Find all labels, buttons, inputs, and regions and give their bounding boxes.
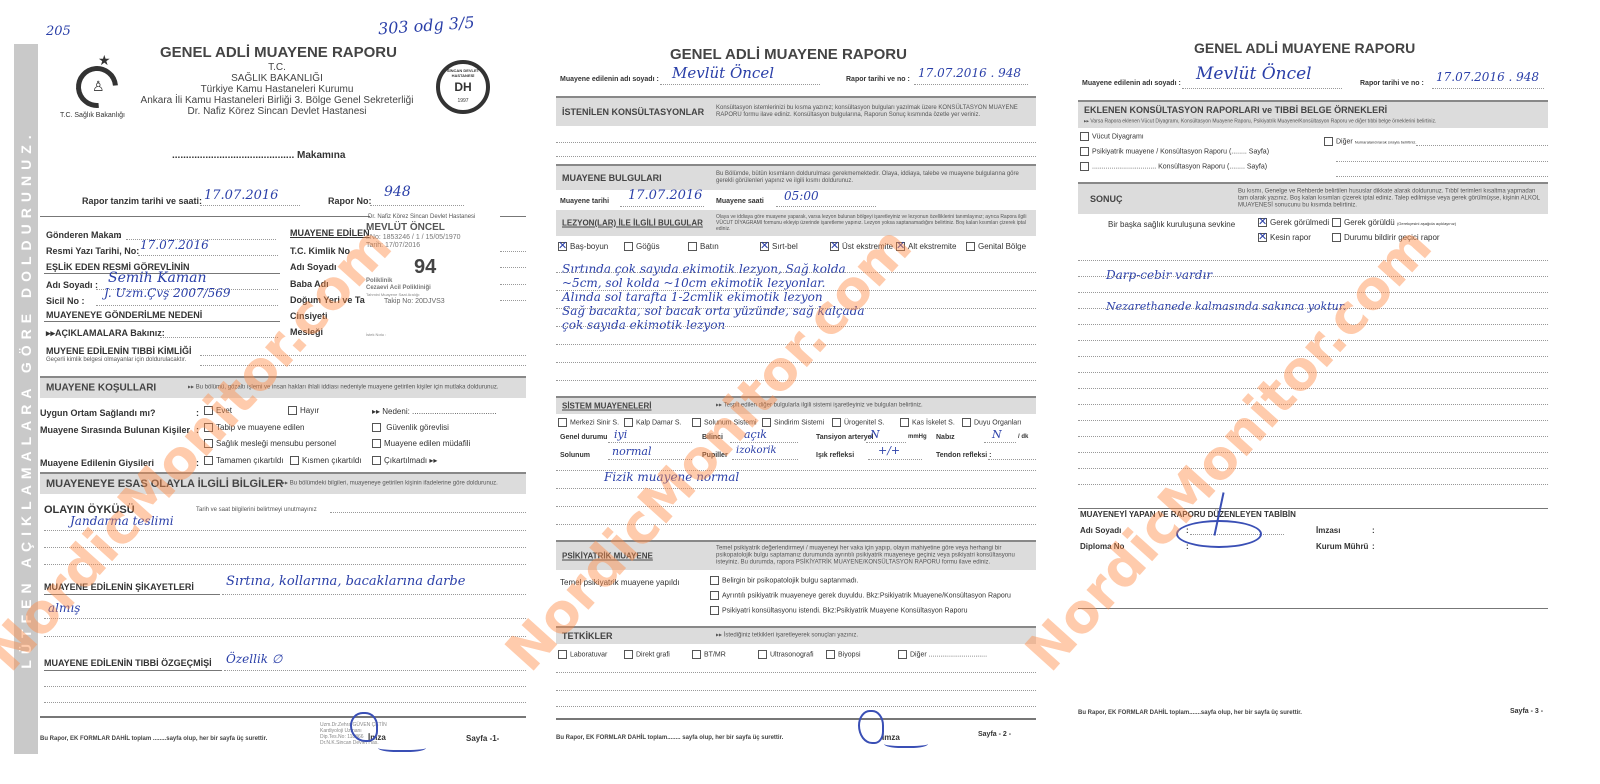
section-title: MUAYENEYE ESAS OLAYLA İLGİLİ BİLGİLER [46, 478, 283, 490]
sticker-queue-number: 94 [414, 256, 436, 279]
section-note: Konsültasyon istemlerinizi bu kısma yazı… [716, 105, 1032, 119]
hayir-checkbox[interactable]: Hayır [288, 406, 319, 415]
tabip-adi-label: Adı Soyadı [1080, 526, 1121, 535]
signature-mark [858, 710, 884, 744]
giysiler-label: Muayene Edilenin Giysileri [40, 458, 154, 468]
sicil-no-label: Sicil No : [46, 296, 85, 306]
option-note: Numaralandırarak sırayla belirtiniz. [1355, 139, 1417, 144]
kalp-damar-checkbox[interactable]: Kalp Damar S. [624, 418, 682, 427]
page-number: Sayfa - 2 - [978, 731, 1011, 738]
tansiyon-label: Tansiyon arteryel [816, 434, 873, 441]
option-label: Çıkartılmadı ▸▸ [384, 456, 437, 465]
sonuc-section: SONUÇ Bu kısmı, Genelge ve Rehberde beli… [1078, 182, 1548, 214]
option-label: Solunum Sistemi [704, 419, 757, 426]
section-title: MUAYENE BULGULARI [562, 173, 662, 183]
sticker-patient-name: MEVLÜT ÖNCEL [366, 222, 445, 233]
option-label: BT/MR [704, 651, 726, 658]
makam-line: ........................................… [172, 150, 345, 161]
tabip-checkbox[interactable]: Tabip ve muayene edilen [204, 423, 305, 432]
rapor-tanzim-label: Rapor tanzim tarihi ve saati: [82, 196, 202, 206]
baba-adi-label: Baba Adı [290, 279, 329, 289]
muayene-bulgulari-section: MUAYENE BULGULARI Bu Bölümde, bütün kısı… [556, 164, 1036, 190]
sonuc-text-line-1: Darp-cebir vardır [1106, 268, 1212, 282]
section-title: PSİKİYATRİK MUAYENE [562, 552, 653, 561]
muayene-tarihi-value: 17.07.2016 [628, 188, 702, 203]
tc-kimlik-label: T.C. Kimlik No [290, 246, 350, 256]
diploma-no-label: Diploma No [1080, 542, 1124, 551]
lezyon-section: LEZYON(LAR) İLE İLGİLİ BULGULAR Olaya ve… [556, 210, 1036, 236]
section-title: EKLENEN KONSÜLTASYON RAPORLARI ve TIBBİ … [1084, 105, 1387, 115]
seal-text: SİNCAN DEVLET HASTANESİ [440, 68, 486, 78]
option-label: Göğüs [636, 242, 660, 251]
muayene-kosullari-section: MUAYENE KOŞULLARI ▸▸ Bu bölümü, gözaltı … [40, 376, 526, 398]
option-label: Durumu bildirir geçici rapor [1344, 233, 1440, 242]
aciklamalar-link: ▸▸AÇIKLAMALARA Bakınız: [46, 328, 165, 339]
urogenital-checkbox[interactable]: Ürogenitel S. [832, 418, 884, 427]
section-note: ▸▸ Bu bölümdeki bilgileri, muayeneye get… [282, 481, 498, 488]
kurum-muhru-label: Kurum Mührü [1316, 542, 1368, 551]
option-label: Güvenlik görevlisi [386, 423, 449, 432]
option-label: Merkezi Sinir S. [570, 419, 619, 426]
checkbox-box [760, 242, 769, 251]
saglik-personel-checkbox[interactable]: Sağlık mesleği mensubu personel [204, 439, 336, 448]
psikiyatrik-rapor-checkbox[interactable]: Psikiyatrik muayene / Konsültasyon Rapor… [1080, 147, 1269, 156]
option-label: Biyopsi [838, 651, 861, 658]
handwritten-number-left: 205 [46, 24, 71, 39]
sistem-notes-text: Fizik muayene normal [604, 470, 739, 484]
psikiyatri-konsultasyon-checkbox[interactable]: Psikiyatri konsültasyonu istendi. Bkz:Ps… [710, 606, 968, 615]
option-label: Batın [700, 242, 719, 251]
konsultasyon-rapor-checkbox[interactable]: ................................. Konsül… [1080, 162, 1267, 171]
signature-mark [884, 738, 928, 748]
option-label: Gerek görüldü [1344, 218, 1395, 227]
gonderilme-nedeni-header: MUAYENEYE GÖNDERİLME NEDENİ [46, 310, 202, 320]
diger-checkbox[interactable]: Diğer .............................. [898, 650, 987, 659]
genital-checkbox[interactable]: Genital Bölge [966, 242, 1026, 251]
footer-note: Bu Rapor, EK FORMLAR DAHİL toplam.......… [1078, 710, 1302, 716]
checkbox-box [1324, 137, 1333, 146]
uygun-ortam-label: Uygun Ortam Sağlandı mı? [40, 408, 156, 418]
nedeni-field: ▸▸ Nedeni: .............................… [372, 407, 497, 416]
signature-mark [1176, 520, 1262, 548]
tamamen-checkbox[interactable]: Tamamen çıkartıldı [204, 456, 284, 465]
ayrintili-muayene-checkbox[interactable]: Ayrıntılı psikiyatrik muayeneye gerek du… [710, 591, 1011, 600]
option-label: Kesin rapor [1270, 233, 1311, 242]
bas-boyun-checkbox[interactable]: Baş-boyun [558, 242, 608, 251]
checkbox-box [1332, 218, 1341, 227]
separator: : [196, 425, 199, 435]
option-label: Psikiyatrik muayene / Konsültasyon Rapor… [1092, 148, 1269, 155]
instruction-side-strip: LÜTFEN AÇIKLAMALARA GÖRE DOLDURUNUZ. [14, 44, 38, 754]
section-title: TETKİKLER [562, 631, 613, 641]
option-label: Ultrasonografi [770, 651, 814, 658]
sikayetler-text-1: Sırtına, kollarına, bacaklarına darbe [226, 574, 465, 589]
cinsiyet-label: Cinsiyeti [290, 311, 328, 321]
report-title: GENEL ADLİ MUAYENE RAPORU [670, 46, 907, 63]
checkbox-box [1258, 233, 1267, 242]
checkbox-box [758, 650, 767, 659]
cikartilmadi-checkbox[interactable]: Çıkartılmadı ▸▸ [372, 456, 437, 465]
bilinci-value: açık [744, 428, 767, 441]
alt-ekstremite-checkbox[interactable]: Alt ekstremite [896, 242, 956, 251]
section-title: SONUÇ [1090, 194, 1123, 204]
mudafi-checkbox[interactable]: Muayene edilen müdafili [372, 439, 470, 448]
biyopsi-checkbox[interactable]: Biyopsi [826, 650, 861, 659]
checkbox-box [966, 242, 975, 251]
checkbox-box [896, 242, 905, 251]
checkbox-box [204, 423, 213, 432]
eslik-adi-value: Semih Kaman [108, 270, 207, 286]
option-label: Diğer [1336, 138, 1353, 145]
duyu-organlari-checkbox[interactable]: Duyu Organları [962, 418, 1021, 427]
header-line: T.C. [132, 62, 422, 73]
sticker-date-line: Tarih: 17/07/2016 [366, 242, 420, 249]
tansiyon-unit: mmHg [908, 434, 927, 440]
tibbi-kimlik-label: MUYENE EDİLENİN TIBBİ KİMLİĞİ [46, 346, 192, 356]
section-note: ▸▸ İstediğiniz tetkikleri işaretleyerek … [716, 633, 858, 640]
ozgecmis-text: Özellik ∅ [226, 652, 282, 666]
tansiyon-value: N [870, 428, 880, 441]
nabiz-label: Nabız [936, 434, 955, 441]
section-note: Bu Bölümde, bütün kısımların doldurulmas… [716, 171, 1032, 185]
checkbox-box [710, 591, 719, 600]
sonuc-text-line-2: Nezarethanede kalmasında sakınca yoktur. [1106, 300, 1346, 313]
separator: : [196, 408, 199, 418]
section-note: ▸▸ Bu bölümü, gözaltı işlemi ve insan ha… [188, 385, 499, 392]
patient-name-label: Muayene edilenin adı soyadı : [560, 76, 659, 83]
finding-line: çok sayıda ekimotik lezyon [562, 318, 865, 332]
option-label: Hayır [300, 406, 319, 415]
laboratuvar-checkbox[interactable]: Laboratuvar [558, 650, 607, 659]
report-page-3: GENEL ADLİ MUAYENE RAPORU Muayene edilen… [1070, 0, 1600, 784]
gecici-rapor-checkbox[interactable]: Durumu bildirir geçici rapor [1332, 233, 1440, 242]
isik-refleksi-label: Işık refleksi [816, 452, 854, 459]
muayene-tarihi-label: Muayene tarihi [560, 198, 609, 205]
rapor-tarih-no-label: Rapor tarihi ve no : [846, 76, 910, 83]
solunum-label: Solunum [560, 452, 590, 459]
rapor-tanzim-value: 17.07.2016 [204, 188, 278, 203]
sikayetler-label: MUAYENE EDİLENİN ŞİKAYETLERİ [44, 582, 194, 592]
meslek-label: Mesleği [290, 327, 323, 337]
evet-checkbox[interactable]: Evet [204, 406, 232, 415]
checkbox-box [1080, 147, 1089, 156]
checkbox-box [710, 576, 719, 585]
ministry-logo: ★ ♙ [70, 52, 126, 112]
olay-bilgileri-section: MUAYENEYE ESAS OLAYLA İLGİLİ BİLGİLER ▸▸… [40, 472, 526, 494]
rapor-tarih-no-label: Rapor tarihi ve no : [1360, 80, 1424, 87]
option-label: Kas İskelet S. [912, 419, 955, 426]
rapor-no-value: 948 [384, 184, 411, 200]
option-label: ................................. Konsül… [1092, 163, 1267, 170]
report-title: GENEL ADLİ MUAYENE RAPORU [1194, 40, 1415, 56]
checkbox-box [1080, 132, 1089, 141]
gonderen-makam-label: Gönderen Makam [46, 230, 122, 240]
nabiz-unit: / dk [1018, 434, 1028, 440]
ministry-logo-caption: T.C. Sağlık Bakanlığı [60, 112, 125, 119]
option-label: Direkt grafi [636, 651, 670, 658]
report-page-1: LÜTFEN AÇIKLAMALARA GÖRE DOLDURUNUZ. 205… [0, 0, 540, 784]
option-label: Kısmen çıkartıldı [302, 456, 362, 465]
guvenlik-checkbox[interactable]: Güvenlik görevlisi [372, 423, 449, 432]
option-label: Tabip ve muayene edilen [216, 423, 305, 432]
option-label: Belirgin bir psikopatolojik bulgu saptan… [722, 577, 859, 584]
option-note: (Gerekçesini aşağıda açıklayınız) [1397, 221, 1456, 226]
section-note: Olaya ve iddiaya göre muayene yaparak, v… [716, 214, 1032, 232]
adi-soyadi-label: Adı Soyadı [290, 262, 337, 272]
merkezi-sinir-checkbox[interactable]: Merkezi Sinir S. [558, 418, 619, 427]
section-title: LEZYON(LAR) İLE İLGİLİ BULGULAR [562, 219, 703, 228]
isik-refleksi-value: +/+ [878, 444, 900, 457]
checkbox-box [762, 418, 771, 427]
separator: : [1372, 526, 1375, 535]
checkbox-box [624, 650, 633, 659]
gogus-checkbox[interactable]: Göğüs [624, 242, 660, 251]
checkbox-box [692, 650, 701, 659]
institution-header: T.C. SAĞLIK BAKANLIĞI Türkiye Kamu Hasta… [132, 62, 422, 117]
sticker-poliklinik: Cezaevi Acil Polikliniği [366, 285, 431, 291]
option-label: Ayrıntılı psikiyatrik muayeneye gerek du… [722, 592, 1011, 599]
gerek-gorulmedi-checkbox[interactable]: Gerek görülmedi [1258, 218, 1329, 227]
option-label: Ürogenitel S. [844, 419, 884, 426]
checkbox-box [372, 423, 381, 432]
sindirim-checkbox[interactable]: Sindirim Sistemi [762, 418, 824, 427]
sikayetler-text-2: almış [48, 601, 80, 615]
footer-note: Bu Rapor, EK FORMLAR DAHİL toplam ......… [40, 736, 267, 742]
report-page-2: GENEL ADLİ MUAYENE RAPORU Muayene edilen… [548, 0, 1058, 784]
checkbox-box [624, 418, 633, 427]
tibbi-kimlik-note: Geçerli kimlik belgesi olmayanlar için d… [46, 357, 186, 363]
eslik-adi-label: Adı Soyadı : [46, 280, 98, 290]
finding-line: Alında sol tarafta 1-2cmlik ekimotik lez… [562, 290, 865, 304]
header-line: Dr. Nafiz Körez Sincan Devlet Hastanesi [132, 106, 422, 117]
finding-line: Sırtında çok sayıda ekimotik lezyon, Sağ… [562, 262, 865, 276]
psikopatoloji-yok-checkbox[interactable]: Belirgin bir psikopatolojik bulgu saptan… [710, 576, 859, 585]
pupiller-label: Pupiller [702, 452, 728, 459]
solunum-checkbox[interactable]: Solunum Sistemi [692, 418, 757, 427]
checkbox-box [692, 418, 701, 427]
olayin-oykusu-note: Tarih ve saat bilgilerini belirtmeyi unu… [196, 507, 317, 513]
handwritten-number-right: 303 odg 3/5 [377, 13, 475, 39]
ozgecmis-label: MUAYENE EDİLENİN TIBBİ ÖZGEÇMİŞİ [44, 658, 212, 668]
section-title: SİSTEM MUAYENELERİ [562, 402, 652, 411]
header-line: Ankara İli Kamu Hastaneleri Birliği 3. B… [132, 95, 422, 106]
rapor-no-label: Rapor No: [328, 196, 372, 206]
section-note: ▸▸ Varsa Rapora eklenen Vücut Diyagramı,… [1084, 119, 1436, 126]
checkbox-box [204, 456, 213, 465]
patient-label-sticker: Dr. Nafiz Körez Sincan Devlet Hastanesi … [366, 212, 498, 342]
muayene-saati-value: 05:00 [784, 189, 819, 203]
checkbox-box [832, 418, 841, 427]
option-label: Evet [216, 406, 232, 415]
separator: : [196, 458, 199, 468]
option-label: Muayene edilen müdafili [384, 439, 470, 448]
checkbox-box [1258, 218, 1267, 227]
section-note: ▸▸ Tespit edilen diğer bulgularla ilgili… [716, 403, 923, 410]
sticker-istek-notu: İstek Notu : [366, 332, 386, 337]
ust-ekstremite-checkbox[interactable]: Üst ekstremite [830, 242, 893, 251]
psikiyatrik-label: Temel psikiyatrik muayene yapıldı [560, 578, 680, 587]
separator: : [1372, 542, 1375, 551]
checkbox-box [826, 650, 835, 659]
section-note: Bu kısmı, Genelge ve Rehberde belirtilen… [1238, 189, 1544, 210]
option-label: Genital Bölge [978, 242, 1026, 251]
checkbox-box [830, 242, 839, 251]
tetkikler-section: TETKİKLER ▸▸ İstediğiniz tetkikleri işar… [556, 626, 1036, 644]
page-number: Sayfa - 3 - [1510, 708, 1543, 715]
option-label: Duyu Organları [974, 419, 1021, 426]
seal-initials: DH [440, 80, 486, 94]
genel-durumu-value: iyi [614, 428, 627, 441]
direkt-grafi-checkbox[interactable]: Direkt grafi [624, 650, 670, 659]
checkbox-box [710, 606, 719, 615]
signature-mark [378, 742, 426, 752]
signature-mark [350, 712, 378, 742]
sistem-muayeneleri-section: SİSTEM MUAYENELERİ ▸▸ Tespit edilen diğe… [556, 396, 1036, 414]
option-label: Diğer .............................. [910, 651, 987, 658]
sevk-label: Bir başka sağlık kuruluşuna sevkine [1108, 220, 1235, 229]
sticker-hospital: Dr. Nafiz Körez Sincan Devlet Hastanesi [368, 214, 475, 220]
option-label: Baş-boyun [570, 242, 608, 251]
checkbox-box [372, 439, 381, 448]
patient-name-label: Muayene edilenin adı soyadı : [1082, 80, 1181, 87]
rapor-tarih-no-value: 17.07.2016 . 948 [1436, 70, 1539, 84]
option-label: Vücut Diyagramı [1092, 133, 1144, 140]
checkbox-box [900, 418, 909, 427]
sicil-no-value: J. Uzm.Çvş 2007/569 [104, 286, 231, 300]
seal-year: 1997 [440, 98, 486, 104]
konsultasyon-section: İSTENİLEN KONSÜLTASYONLAR Konsültasyon i… [556, 96, 1036, 126]
section-note: Temel psikiyatrik değerlendirmeyi / muay… [716, 546, 1032, 567]
header-line: Türkiye Kamu Hastaneleri Kurumu [132, 84, 422, 95]
header-line: SAĞLIK BAKANLIĞI [132, 73, 422, 84]
checkbox-box [558, 650, 567, 659]
checkbox-box [558, 242, 567, 251]
hospital-seal-logo: SİNCAN DEVLET HASTANESİ DH 1997 [436, 60, 490, 114]
checkbox-box [290, 456, 299, 465]
kas-iskelet-checkbox[interactable]: Kas İskelet S. [900, 418, 955, 427]
kismen-checkbox[interactable]: Kısmen çıkartıldı [290, 456, 362, 465]
gerek-goruldu-checkbox[interactable]: Gerek görüldü (Gerekçesini aşağıda açıkl… [1332, 218, 1456, 227]
patient-name-value: Mevlüt Öncel [1196, 64, 1312, 84]
checkbox-box [204, 439, 213, 448]
checkbox-box [688, 242, 697, 251]
sticker-id-line: I.No: 1853246 / 1 / 15/05/1970 [366, 234, 461, 241]
muayene-saati-label: Muayene saati [716, 198, 764, 205]
report-title: GENEL ADLİ MUAYENE RAPORU [160, 44, 397, 61]
sticker-takip-no: Takip No: 20DJVS3 [384, 298, 445, 305]
separator: : [118, 230, 121, 240]
section-title: İSTENİLEN KONSÜLTASYONLAR [562, 107, 704, 117]
nabiz-value: N [992, 428, 1002, 441]
checkbox-box [898, 650, 907, 659]
checkbox-box [288, 406, 297, 415]
bt-mr-checkbox[interactable]: BT/MR [692, 650, 726, 659]
eklenen-raporlar-section: EKLENEN KONSÜLTASYON RAPORLARI ve TIBBİ … [1078, 100, 1548, 128]
option-label: Tamamen çıkartıldı [216, 456, 284, 465]
finding-line: ~5cm, sol kolda ~10cm ekimotik lezyonlar… [562, 276, 865, 290]
olayin-oykusu-text: Jandarma teslimi [70, 514, 174, 528]
bulunan-kisiler-label: Muayene Sırasında Bulunan Kişiler [40, 425, 190, 435]
checkbox-box [1332, 233, 1341, 242]
vucut-diyagrami-checkbox[interactable]: Vücut Diyagramı [1080, 132, 1144, 141]
person-icon: ♙ [92, 78, 105, 95]
ultrasonografi-checkbox[interactable]: Ultrasonografi [758, 650, 814, 659]
tendon-refleksi-label: Tendon refleksi : [936, 452, 992, 459]
option-label: Gerek görülmedi [1270, 218, 1329, 227]
kesin-rapor-checkbox[interactable]: Kesin rapor [1258, 233, 1311, 242]
option-label: Alt ekstremite [908, 242, 956, 251]
checkbox-box [962, 418, 971, 427]
muayene-edilen-header: MUAYENE EDİLEN [290, 228, 370, 238]
option-label: Laboratuvar [570, 651, 607, 658]
tabip-header: MUAYENEYİ YAPAN VE RAPORU DÜZENLEYEN TAB… [1080, 510, 1296, 519]
page-number: Sayfa -1- [466, 734, 499, 743]
pupiller-value: izokorik [736, 445, 777, 456]
option-label: Kalp Damar S. [636, 419, 682, 426]
option-label: Üst ekstremite [842, 242, 893, 251]
checkbox-box [558, 418, 567, 427]
batin-checkbox[interactable]: Batın [688, 242, 719, 251]
finding-line: Sağ bacakta, sol bacak orta yüzünde, sağ… [562, 304, 865, 318]
resmi-yazi-label: Resmi Yazı Tarihi, No: [46, 246, 139, 256]
footer-note: Bu Rapor, EK FORMLAR DAHİL toplam.......… [556, 735, 783, 741]
psikiyatrik-section: PSİKİYATRİK MUAYENE Temel psikiyatrik de… [556, 540, 1036, 570]
bilinci-label: Bilinci [702, 434, 723, 441]
sticker-poliklinik-label: Poliklinik [366, 278, 392, 284]
checkbox-box [204, 406, 213, 415]
eklenen-diger-checkbox[interactable]: Diğer Numaralandırarak sırayla belirtini… [1324, 137, 1417, 146]
genel-durumu-label: Genel durumu [560, 434, 607, 441]
sticker-saat-araligi: Tahmini Muayene Saat Aralığı: [366, 292, 420, 297]
option-label: Sindirim Sistemi [774, 419, 824, 426]
checkbox-box [372, 456, 381, 465]
option-label: Psikiyatri konsültasyonu istendi. Bkz:Ps… [722, 607, 968, 614]
resmi-yazi-value: 17.07.2016 [140, 238, 209, 252]
sirt-bel-checkbox[interactable]: Sırt-bel [760, 242, 798, 251]
rapor-tarih-no-value: 17.07.2016 . 948 [918, 66, 1021, 80]
patient-name-value: Mevlüt Öncel [672, 64, 774, 82]
section-title: MUAYENE KOŞULLARI [46, 383, 156, 394]
option-label: Sırt-bel [772, 242, 798, 251]
checkbox-box [1080, 162, 1089, 171]
side-strip-text: LÜTFEN AÇIKLAMALARA GÖRE DOLDURUNUZ. [18, 129, 34, 668]
solunum-value: normal [612, 445, 651, 458]
imzasi-label: İmzası [1316, 526, 1340, 535]
dogum-yeri-label: Doğum Yeri ve Ta [290, 295, 365, 305]
checkbox-box [624, 242, 633, 251]
option-label: Sağlık mesleği mensubu personel [216, 439, 336, 448]
